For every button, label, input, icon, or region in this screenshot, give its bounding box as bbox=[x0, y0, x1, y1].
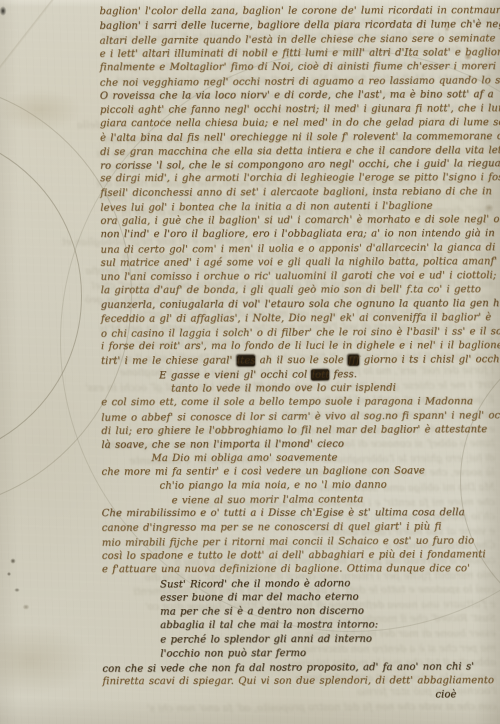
manuscript-line: piccoli aght' che fanno negl' occhi nost… bbox=[100, 102, 492, 118]
manuscript-line: Che mirabilissimo e o' tutti a i Disse c… bbox=[102, 506, 494, 521]
manuscript-line: che noi vegghiamo negl' occhi nostri di … bbox=[100, 74, 492, 90]
line-text: giorno i ts i chisl gl' occhi in ess' bbox=[359, 354, 500, 366]
manuscript-line: se dirgi mid', i ghe armoti l'orchia di … bbox=[100, 172, 492, 187]
manuscript-line: i forse dei roit' ars', ma lo fondo de l… bbox=[101, 339, 493, 354]
line-text: tirt' i me le chiese garal' bbox=[101, 355, 237, 367]
manuscript-line: baglion' i sarri delle lucerne, bagliore… bbox=[100, 18, 492, 34]
manuscript-line: mio mirabili fijche per i ritorni mai co… bbox=[102, 534, 494, 550]
manuscript-line: e col simo ett, come il sole a bello tem… bbox=[101, 395, 493, 410]
ink-blot: lott bbox=[312, 369, 330, 380]
line-text: fess. bbox=[329, 369, 357, 380]
manuscript-line: la girotta d'auf' de bonda, i gli quali … bbox=[101, 283, 493, 298]
manuscript-line: l'occhio non può star fermo bbox=[102, 646, 494, 662]
manuscript-line: finiretta scavi di spiegar. Qui vi son d… bbox=[102, 674, 494, 689]
manuscript-line: finalmente e Moltaglior' fimo di Noi, ci… bbox=[100, 60, 492, 75]
manuscript-line: non l'ind' e l'oro il bagliore, ero i l'… bbox=[100, 227, 492, 242]
manuscript-line: e f'attuare una nuova definizione di bag… bbox=[102, 562, 494, 577]
line-text: E gasse e vieni gl' occhi col bbox=[159, 369, 312, 381]
manuscript-line: cioè bbox=[102, 688, 494, 704]
ink-blot: ites bbox=[237, 355, 256, 366]
manuscript-text-block: baglion' l'color della zana, baglion' le… bbox=[99, 4, 494, 703]
manuscript-line: E gasse e vieni gl' occhi col lott fess. bbox=[101, 367, 493, 383]
watermark-arc bbox=[0, 130, 82, 462]
manuscript-line: una di certo gol' com' i men' il uolia e… bbox=[101, 241, 493, 257]
manuscript-line: feceddio a gl' di affaglias', i Nolte, D… bbox=[101, 311, 493, 327]
manuscript-page: baglion' l'color della zana, baglion' le… bbox=[0, 0, 500, 724]
manuscript-line: giara cantoce nella chiesa buia; e nel m… bbox=[100, 116, 492, 131]
ink-blot: fff bbox=[348, 355, 359, 366]
manuscript-line: è l'alta bina dal fis nell' orechiegge n… bbox=[100, 130, 492, 146]
manuscript-line: tirt' i me le chiese garal' ites ah il s… bbox=[101, 353, 493, 369]
manuscript-line: lume o abbef' si conosce di lor si carm'… bbox=[101, 409, 493, 425]
line-text: ah il suo le sole bbox=[255, 355, 348, 366]
manuscript-line: Ma Dio mi obliga amo' soavemente bbox=[101, 451, 493, 466]
manuscript-line: altari delle garnite quando l'està in de… bbox=[100, 32, 492, 48]
manuscript-line: abbaglia il tal che mai la mostra intorn… bbox=[102, 618, 494, 633]
manuscript-line: là soave, che se non l'importa il l'mond… bbox=[101, 437, 493, 453]
manuscript-line: baglion' l'color della zana, baglion' le… bbox=[99, 4, 491, 19]
manuscript-line: Sust' Ricord' che il mondo è adorno bbox=[102, 576, 494, 592]
